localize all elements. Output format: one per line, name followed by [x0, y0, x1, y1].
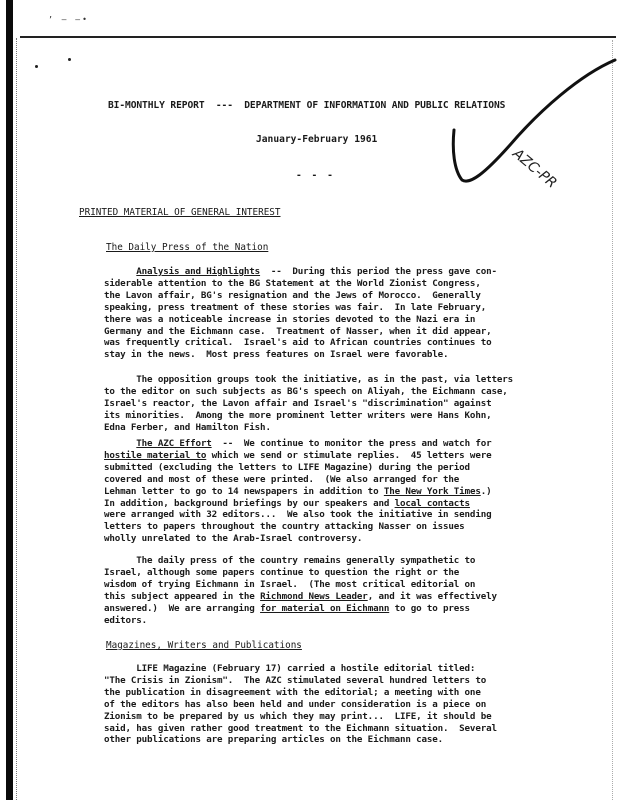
handwritten-checkmark-icon: AZC-PR: [440, 55, 620, 195]
paragraph-opposition-groups: The opposition groups took the initiativ…: [104, 374, 584, 434]
left-margin-line: [16, 38, 18, 800]
subsection-title-magazines: Magazines, Writers and Publications: [106, 640, 302, 651]
subsection-title-daily-press: The Daily Press of the Nation: [106, 242, 268, 253]
paragraph-life-magazine: LIFE Magazine (February 17) carried a ho…: [104, 663, 584, 746]
paragraph-daily-press-sympathetic: The daily press of the country remains g…: [104, 555, 584, 626]
paragraph-analysis-highlights: Analysis and Highlights -- During this p…: [104, 266, 584, 361]
section-title: PRINTED MATERIAL OF GENERAL INTEREST: [79, 207, 281, 218]
speck: [68, 58, 71, 61]
report-date: January-February 1961: [256, 134, 377, 145]
handwritten-annotation: AZC-PR: [509, 145, 560, 191]
paragraph-azc-effort: The AZC Effort -- We continue to monitor…: [104, 438, 584, 545]
top-mark: ’ — —•: [48, 15, 89, 24]
top-rule: [20, 36, 616, 38]
separator: - - -: [296, 170, 335, 181]
scan-edge-bar: [6, 0, 13, 800]
speck: [35, 65, 38, 68]
